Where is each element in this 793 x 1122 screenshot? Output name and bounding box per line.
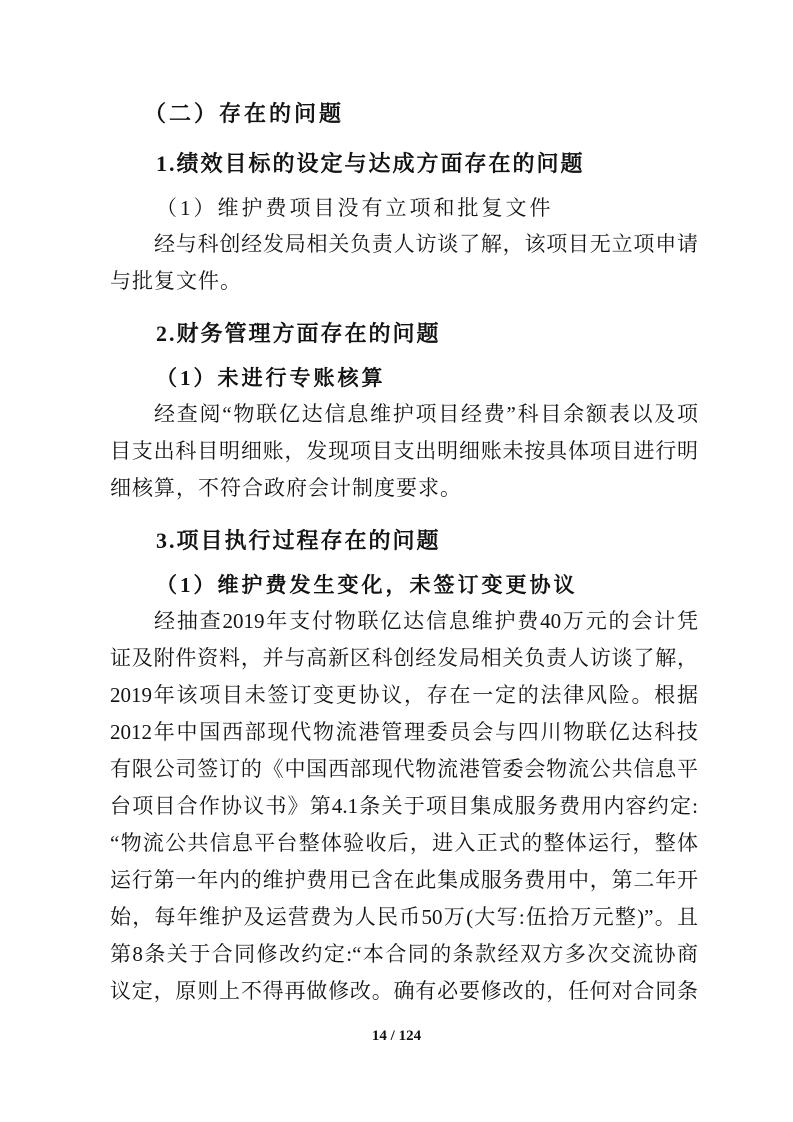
text-line: 台项目合作协议书》第4.1条关于项目集成服务费用内容约定: — [110, 788, 698, 825]
paragraph: 经查阅“物联亿达信息维护项目经费”科目余额表以及项目支出科目明细账，发现项目支出… — [110, 396, 698, 507]
paragraph: 经与科创经发局相关负责人访谈了解，该项目无立项申请与批复文件。 — [110, 226, 698, 300]
numbered-heading: 1.绩效目标的设定与达成方面存在的问题 — [110, 148, 698, 180]
page-number: 14 / 124 — [0, 1028, 793, 1045]
paragraph: 经抽查2019年支付物联亿达信息维护费40万元的会计凭证及附件资料，并与高新区科… — [110, 603, 698, 1010]
item-heading: （1）维护费项目没有立项和批复文件 — [110, 190, 698, 226]
text-line: 证及附件资料，并与高新区科创经发局相关负责人访谈了解， — [110, 640, 698, 677]
text-line: “物流公共信息平台整体验收后，进入正式的整体运行，整体 — [110, 825, 698, 862]
document-content: （二）存在的问题1.绩效目标的设定与达成方面存在的问题（1）维护费项目没有立项和… — [110, 98, 698, 1010]
section-heading: （二）存在的问题 — [110, 98, 698, 130]
document-page: （二）存在的问题1.绩效目标的设定与达成方面存在的问题（1）维护费项目没有立项和… — [0, 0, 793, 1122]
text-line: 运行第一年内的维护费用已含在此集成服务费用中，第二年开 — [110, 862, 698, 899]
text-line: 第8条关于合同修改约定:“本合同的条款经双方多次交流协商 — [110, 936, 698, 973]
numbered-heading: 2.财务管理方面存在的问题 — [110, 318, 698, 350]
text-line: 目支出科目明细账，发现项目支出明细账未按具体项目进行明 — [110, 433, 698, 470]
text-line: 经查阅“物联亿达信息维护项目经费”科目余额表以及项 — [110, 396, 698, 433]
text-line: 2012年中国西部现代物流港管理委员会与四川物联亿达科技 — [110, 714, 698, 751]
text-line: 经抽查2019年支付物联亿达信息维护费40万元的会计凭 — [110, 603, 698, 640]
text-line: 议定，原则上不得再做修改。确有必要修改的，任何对合同条 — [110, 973, 698, 1010]
numbered-heading: 3.项目执行过程存在的问题 — [110, 525, 698, 557]
item-heading: （1）维护费发生变化，未签订变更协议 — [110, 567, 698, 603]
item-heading: （1）未进行专账核算 — [110, 360, 698, 396]
text-line: 2019年该项目未签订变更协议，存在一定的法律风险。根据 — [110, 677, 698, 714]
text-line: 有限公司签订的《中国西部现代物流港管委会物流公共信息平 — [110, 751, 698, 788]
text-line: 经与科创经发局相关负责人访谈了解，该项目无立项申请 — [110, 226, 698, 263]
text-line: 与批复文件。 — [110, 263, 698, 300]
text-line: 始，每年维护及运营费为人民币50万(大写:伍拾万元整)”。且 — [110, 899, 698, 936]
text-line: 细核算，不符合政府会计制度要求。 — [110, 470, 698, 507]
